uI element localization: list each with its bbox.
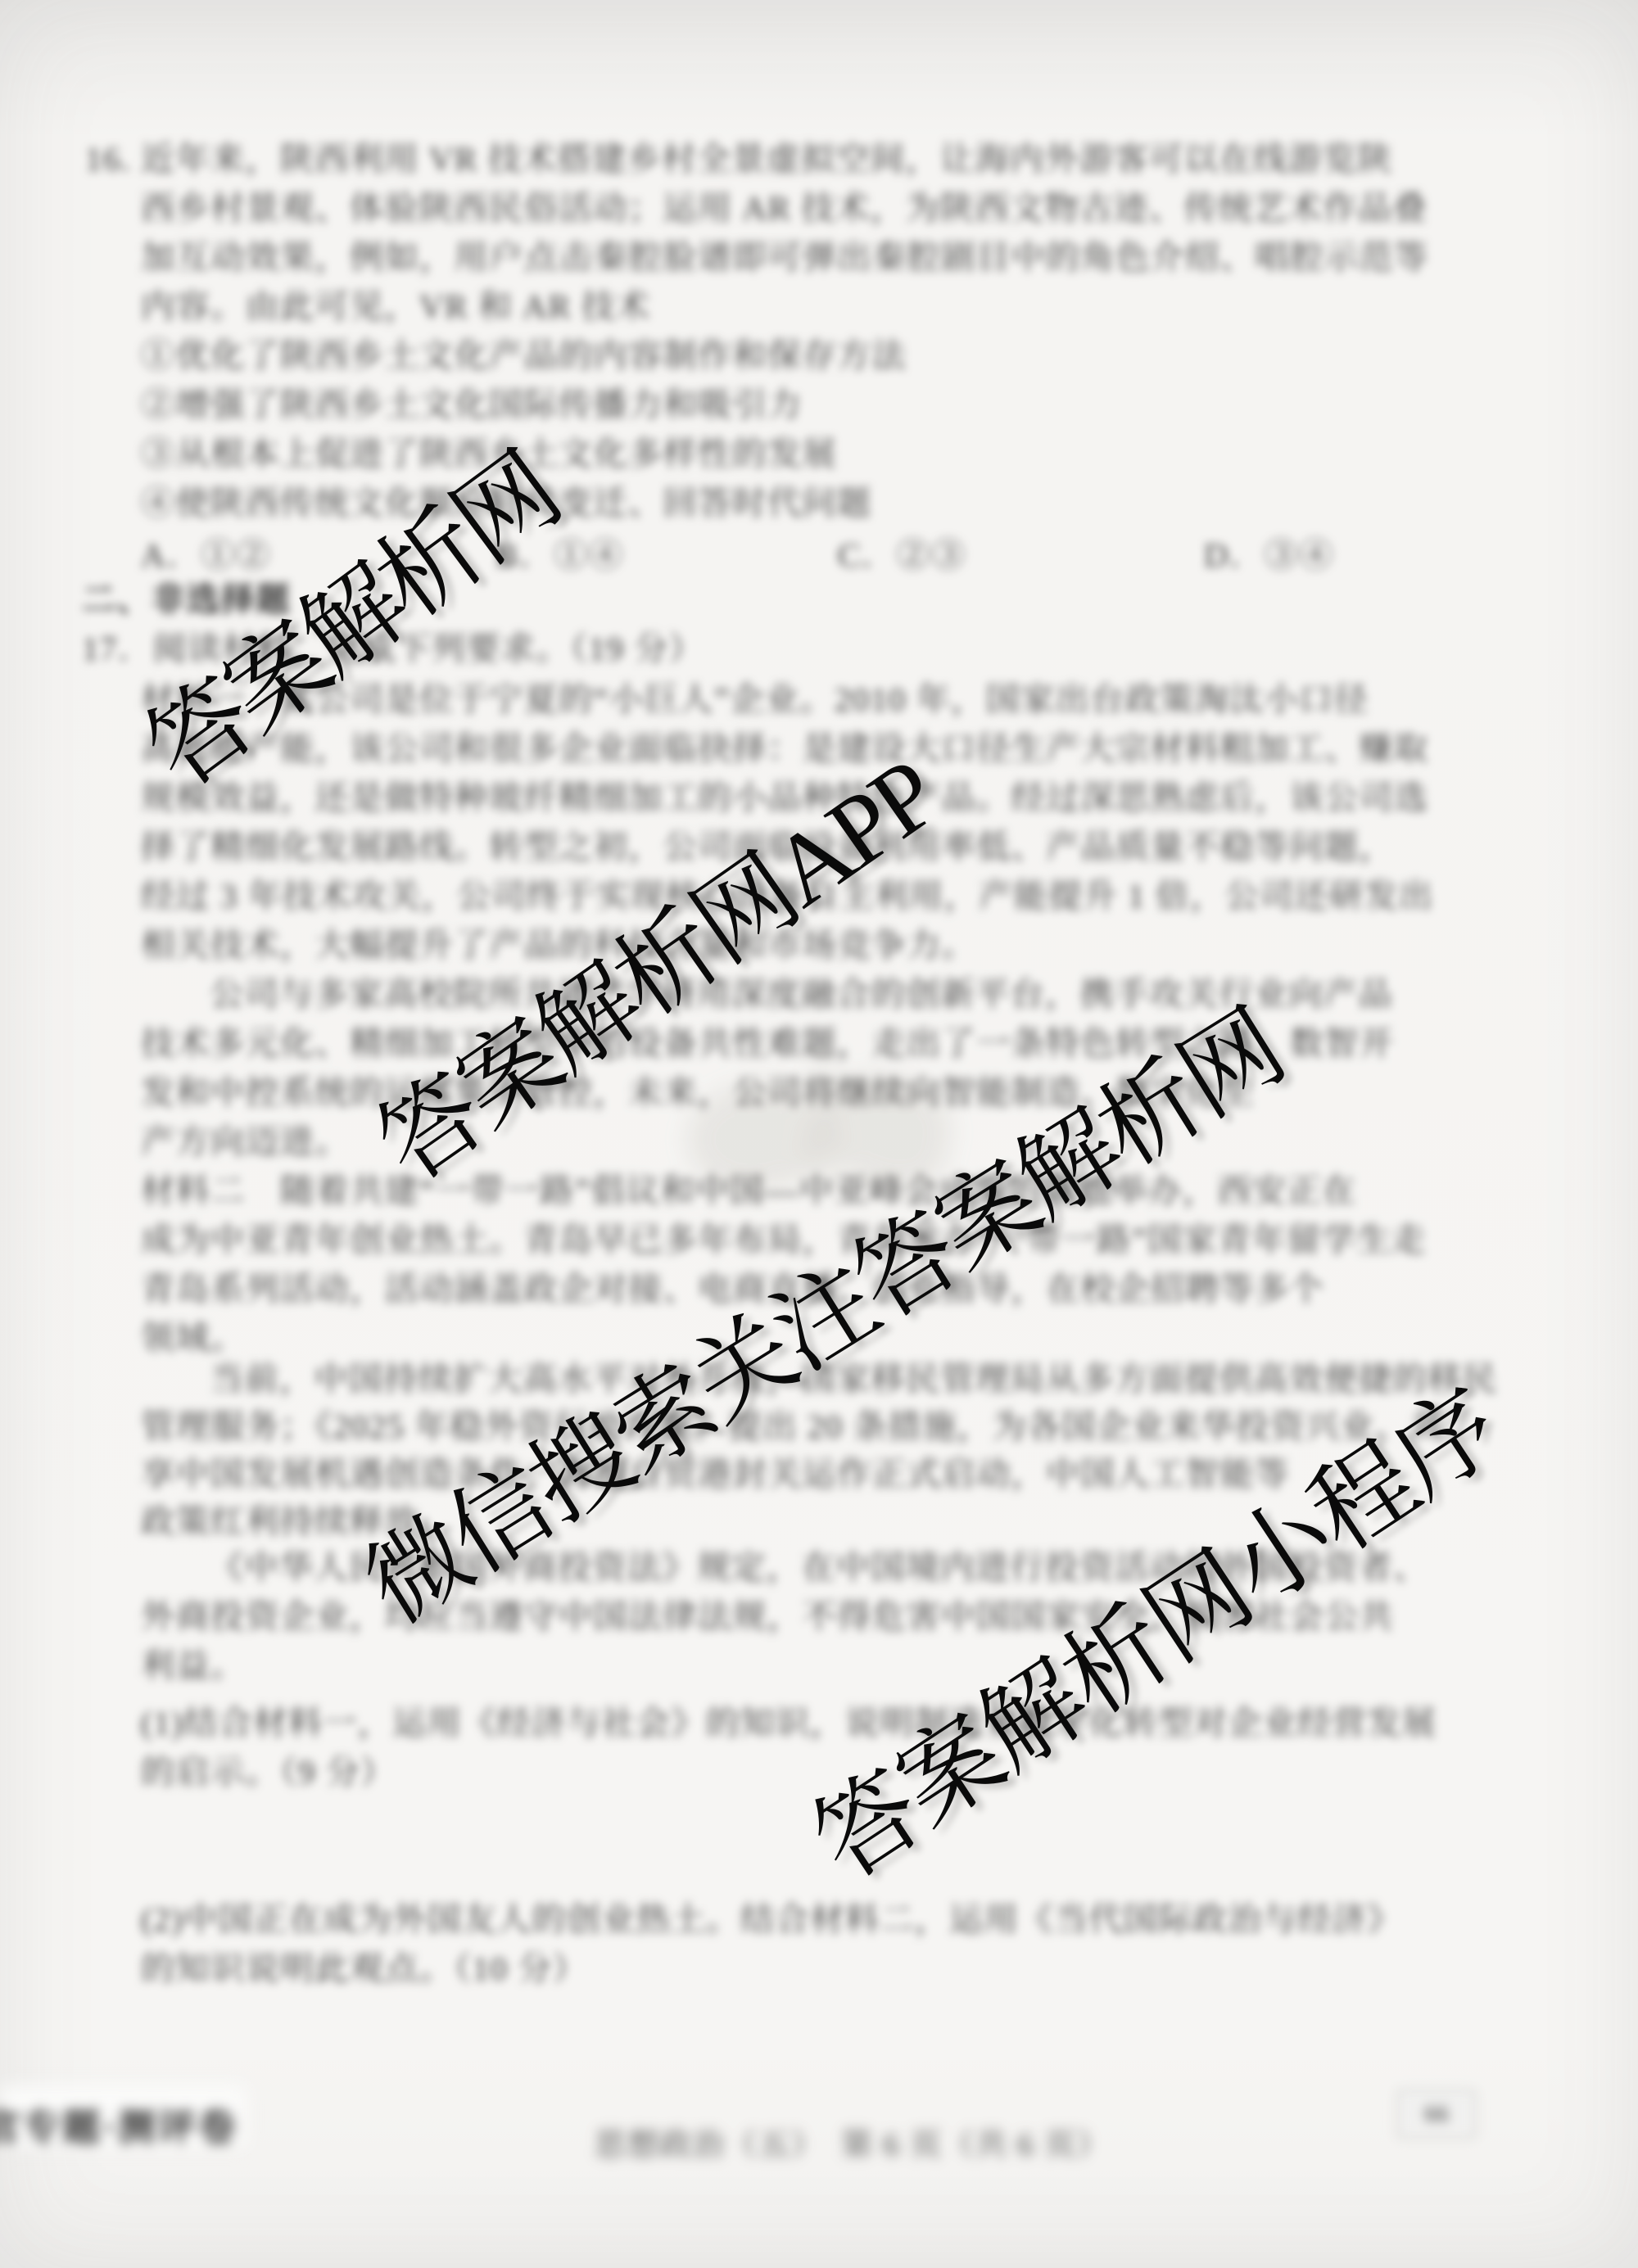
law-para-line: 利益。 xyxy=(141,1646,246,1685)
question-1-line: (1)结合材料一，运用《经济与社会》的知识，说明制造业数字化转型对企业经营发展 xyxy=(141,1703,1437,1742)
material2-line: 材料二 随着共建“一带一路”倡议和中国—中亚峰会成果的落地举办，西安正在 xyxy=(141,1171,1356,1210)
q16-options-line: ②增强了陕西乡土文化国际传播力和吸引力 xyxy=(141,385,803,424)
footer-code-badge: 66 xyxy=(1397,2090,1476,2139)
material2-line: 领域。 xyxy=(141,1318,246,1358)
question-2-line: 的知识说明此观点。（10 分） xyxy=(141,1949,587,1988)
migration-para-line: 管理服务；《2025 年稳外资行动方案》提出 20 条措施，为各国企业来华投资兴… xyxy=(141,1407,1445,1446)
choice-D: D．③④ xyxy=(1204,528,1334,576)
q16-options-line: ①优化了陕西乡土文化产品的内容制作和保存方法 xyxy=(141,336,907,375)
question-1-line: 的启示。（9 分） xyxy=(141,1752,396,1791)
material1-para1-line: 高耗能产能，该公司和很多企业面临抉择：是建设大口径生产大宗材料粗加工、赚取 xyxy=(141,729,1429,768)
question-2-line: (2)中国正在成为外国友人的创业热土。结合材料二，运用《当代国际政治与经济》 xyxy=(141,1900,1402,1939)
q16-stem-line: 内容。由此可见，VR 和 AR 技术 xyxy=(141,287,651,326)
exam-scan-page: 16.近年来，陕西利用 VR 技术搭建乡村全景虚拟空间，让海内外游客可以在线游览… xyxy=(0,0,1638,2268)
footer-left-label: 官专题·测评卷 xyxy=(0,2098,238,2152)
migration-para-line: 享中国发展机遇创造条件；海南自贸港封关运作正式启动，中国人工智能等 xyxy=(141,1454,1290,1493)
blurred-document-layer: 16.近年来，陕西利用 VR 技术搭建乡村全景虚拟空间，让海内外游客可以在线游览… xyxy=(0,0,1638,2268)
choice-C: C．②③ xyxy=(838,528,966,576)
q16-number-line: 16. xyxy=(85,139,131,178)
q16-stem-line: 近年来，陕西利用 VR 技术搭建乡村全景虚拟空间，让海内外游客可以在线游览陕 xyxy=(141,139,1392,178)
q16-stem-line: 西乡村景观、体验陕西民俗活动；运用 AR 技术，为陕西文物古迹、传统艺术作品叠 xyxy=(141,188,1428,228)
choice-A: A．①② xyxy=(141,528,271,576)
footer-page-number: 思想政治（五） 第 6 页（共 6 页） xyxy=(595,2119,1110,2164)
q16-stem-line: 加互动效果，例如，用户点击秦腔脸谱即可弹出秦腔剧目中的角色介绍、唱腔示范等 xyxy=(141,237,1429,277)
material1-para2-line: 产方向迈进。 xyxy=(141,1122,350,1161)
